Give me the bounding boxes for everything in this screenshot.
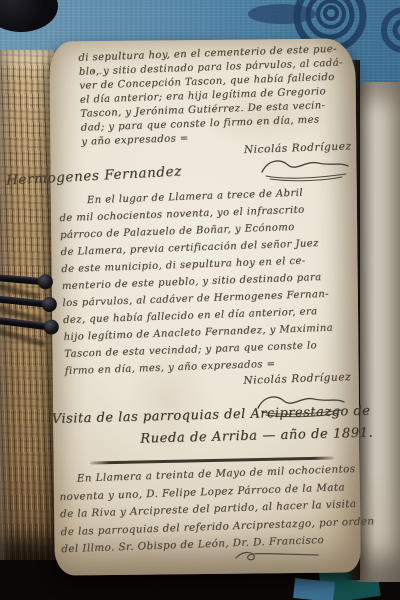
closing-flourish xyxy=(232,548,322,564)
burial-entry-hermogenes-fernandez: En el lugar de Llamera a trece de Abril … xyxy=(59,183,358,393)
signature-rubric xyxy=(256,156,356,182)
burial-entry-concepcion-tascon: di sepultura hoy, en el cementerio de es… xyxy=(78,42,354,161)
visitation-heading: Visita de las parroquias del Arciprestaz… xyxy=(52,404,353,449)
spiral-motif-right-edge xyxy=(384,10,400,50)
facing-page-edge xyxy=(354,82,400,582)
blue-cloth-patch-bottom xyxy=(293,578,335,600)
visitation-entry: En Llamera a treinta de Mayo de mil ocho… xyxy=(59,461,362,559)
photo-of-manuscript-book: di sepultura hoy, en el cementerio de es… xyxy=(0,0,400,600)
